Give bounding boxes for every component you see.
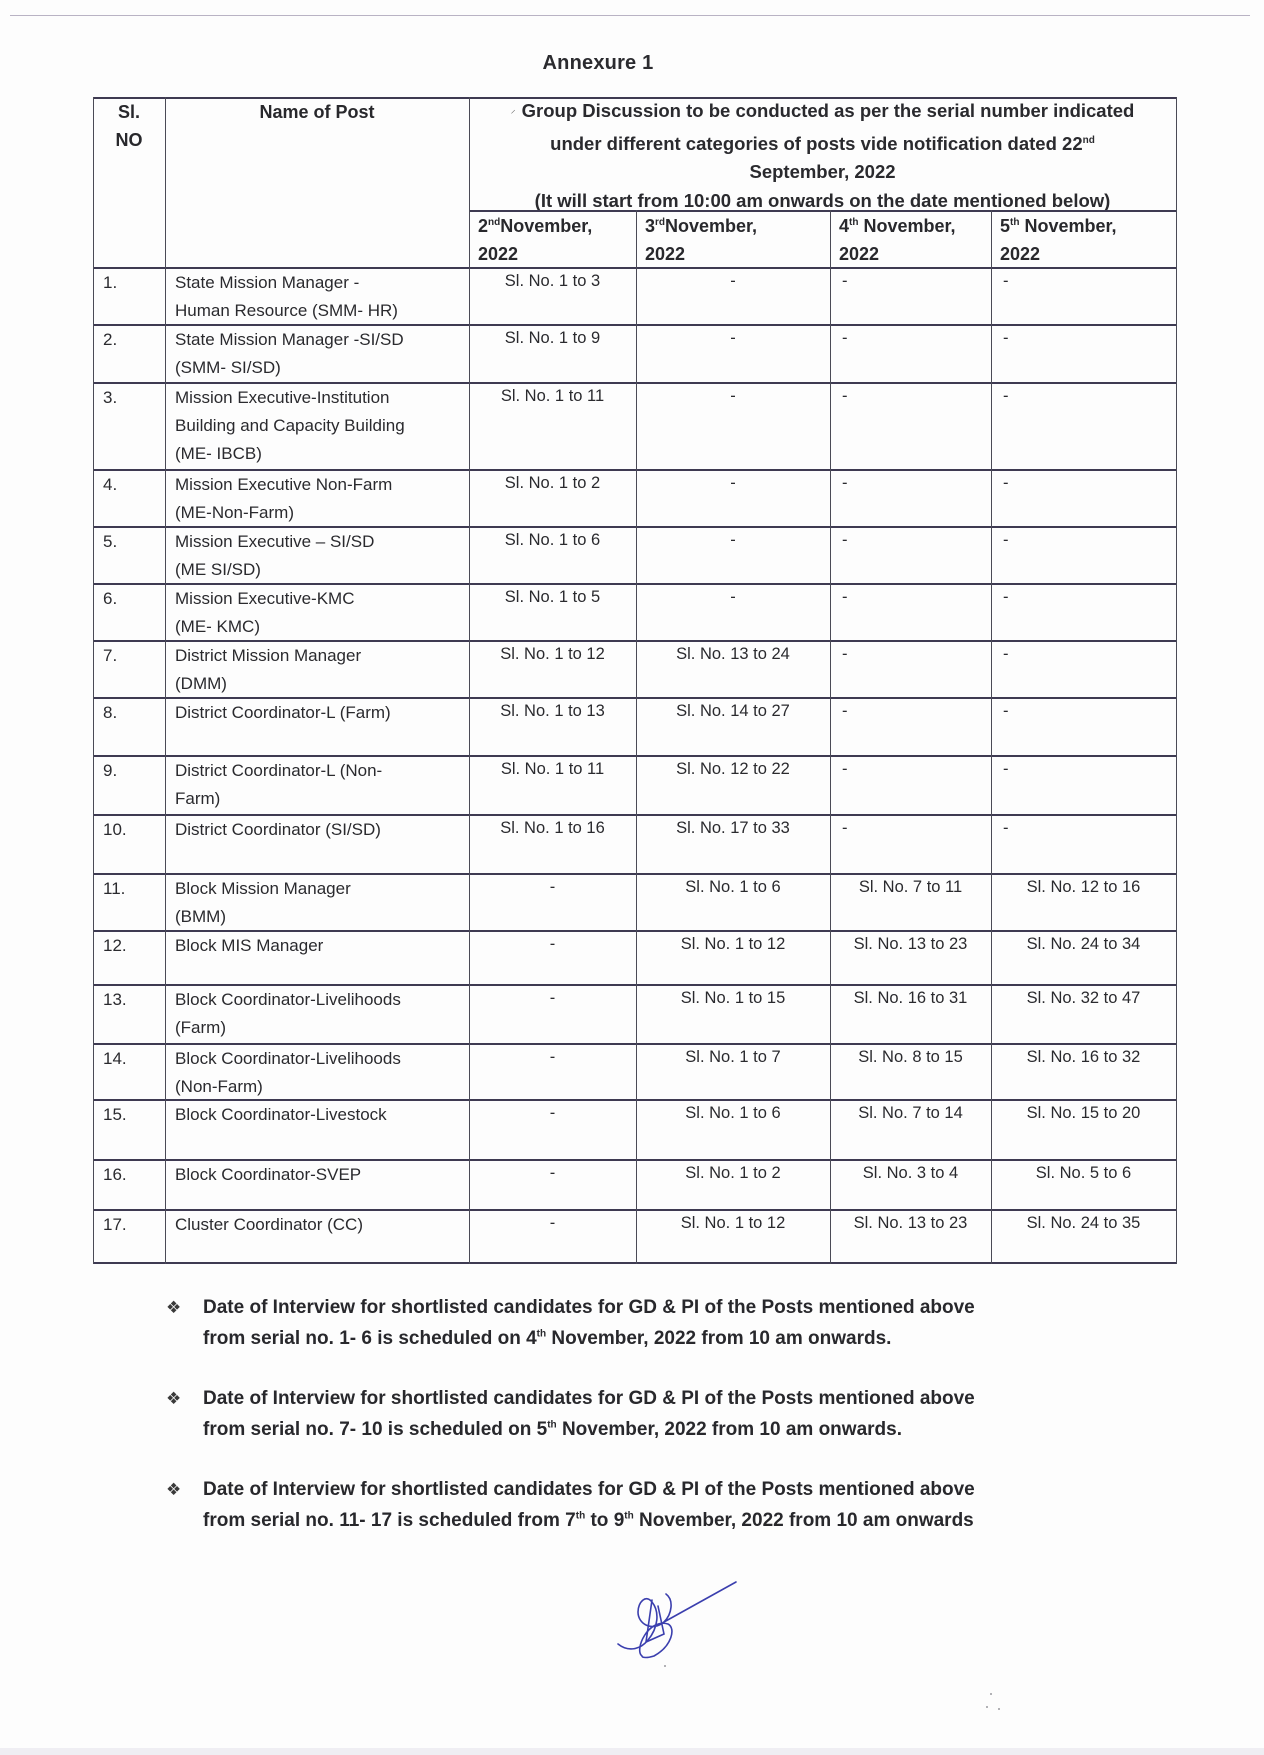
row-value-d5: -	[991, 583, 1176, 611]
header-date-year: 2022	[839, 240, 991, 268]
row-value-d2: Sl. No. 1 to 16	[469, 814, 636, 842]
row-sl-no: 4.	[93, 471, 165, 499]
row-value-d2: Sl. No. 1 to 3	[469, 267, 636, 295]
row-value-d4: -	[830, 755, 991, 783]
header-date-day: 4	[839, 216, 849, 236]
table-row-rule	[93, 984, 1177, 986]
note-line2: from serial no. 11- 17 is scheduled from…	[203, 1505, 1126, 1536]
row-post-name-line: Block Coordinator-Livelihoods	[175, 986, 465, 1014]
ordinal-suffix: th	[576, 1511, 585, 1522]
row-post-name: Block Coordinator-Livelihoods(Farm)	[165, 986, 469, 1042]
table-row-rule	[93, 324, 1177, 326]
row-value-d4: Sl. No. 7 to 11	[830, 873, 991, 901]
row-value-d2: -	[469, 930, 636, 958]
row-post-name-line: (DMM)	[175, 670, 465, 698]
scan-speck	[664, 1665, 666, 1667]
header-date-day: 3	[645, 216, 655, 236]
row-post-name: Block MIS Manager	[165, 932, 469, 960]
row-value-d4: -	[830, 697, 991, 725]
row-value-d4: Sl. No. 3 to 4	[830, 1159, 991, 1187]
note-text: from serial no. 7- 10 is scheduled on 5	[203, 1419, 547, 1440]
row-post-name: Mission Executive – SI/SD(ME SI/SD)	[165, 528, 469, 584]
row-post-name-line: Block Coordinator-Livelihoods	[175, 1045, 465, 1073]
note-item: ❖Date of Interview for shortlisted candi…	[166, 1292, 1126, 1354]
header-date-suffix: rd	[655, 217, 665, 228]
table-row-rule	[93, 267, 1177, 269]
header-date-month: November,	[1019, 216, 1116, 236]
note-text: November, 2022 from 10 am onwards.	[557, 1419, 902, 1440]
header-gd-line2: under different categories of posts vide…	[469, 130, 1176, 159]
table-row-rule	[93, 755, 1177, 757]
note-item: ❖Date of Interview for shortlisted candi…	[166, 1474, 1126, 1536]
row-post-name-line: (ME- KMC)	[175, 613, 465, 641]
row-value-d5: Sl. No. 32 to 47	[991, 984, 1176, 1012]
row-sl-no: 8.	[93, 699, 165, 727]
note-line1: Date of Interview for shortlisted candid…	[203, 1474, 1126, 1505]
row-sl-no: 17.	[93, 1211, 165, 1239]
row-value-d4: Sl. No. 13 to 23	[830, 930, 991, 958]
row-post-name: Mission Executive Non-Farm(ME-Non-Farm)	[165, 471, 469, 527]
header-date-line1: 2ndNovember,	[478, 212, 636, 240]
scan-edge-band	[0, 1748, 1264, 1755]
row-post-name-line: (Non-Farm)	[175, 1073, 465, 1101]
table-column-rule	[165, 97, 166, 1264]
table-row-rule	[93, 469, 1177, 471]
row-post-name-line: District Coordinator-L (Non-	[175, 757, 465, 785]
pen-mark-icon: ⸍	[511, 109, 516, 120]
table-row-rule	[93, 1159, 1177, 1161]
row-post-name-line: Mission Executive-Institution	[175, 384, 465, 412]
row-value-d2: -	[469, 873, 636, 901]
row-post-name-line: District Coordinator (SI/SD)	[175, 816, 465, 844]
ordinal-suffix: th	[537, 1329, 546, 1340]
table-column-rule	[830, 210, 831, 1264]
scan-speck	[998, 1708, 1000, 1710]
row-value-d5: Sl. No. 16 to 32	[991, 1043, 1176, 1071]
row-post-name-line: Block Coordinator-Livestock	[175, 1101, 465, 1129]
row-value-d2: -	[469, 1043, 636, 1071]
row-post-name-line: State Mission Manager -SI/SD	[175, 326, 465, 354]
row-value-d4: Sl. No. 8 to 15	[830, 1043, 991, 1071]
row-value-d2: Sl. No. 1 to 6	[469, 526, 636, 554]
row-post-name-line: Human Resource (SMM- HR)	[175, 297, 465, 325]
row-value-d2: -	[469, 1099, 636, 1127]
table-row-rule	[93, 873, 1177, 875]
row-value-d3: Sl. No. 13 to 24	[636, 640, 830, 668]
diamond-bullet-icon: ❖	[166, 1474, 181, 1505]
row-post-name: Cluster Coordinator (CC)	[165, 1211, 469, 1239]
row-value-d5: Sl. No. 12 to 16	[991, 873, 1176, 901]
row-value-d3: -	[636, 526, 830, 554]
row-value-d3: Sl. No. 1 to 2	[636, 1159, 830, 1187]
table-rule-date-header	[469, 210, 1177, 212]
page-title: Annexure 1	[0, 52, 1196, 75]
row-value-d5: -	[991, 755, 1176, 783]
row-sl-no: 3.	[93, 384, 165, 412]
header-date-year: 2022	[1000, 240, 1176, 268]
row-value-d5: Sl. No. 24 to 35	[991, 1209, 1176, 1237]
note-text: from serial no. 1- 6 is scheduled on 4	[203, 1328, 537, 1349]
row-value-d4: -	[830, 583, 991, 611]
header-sl-no-line2: NO	[93, 126, 165, 154]
scan-speck	[986, 1706, 988, 1708]
row-post-name-line: (ME SI/SD)	[175, 556, 465, 584]
row-value-d4: Sl. No. 7 to 14	[830, 1099, 991, 1127]
row-post-name: District Coordinator (SI/SD)	[165, 816, 469, 844]
row-value-d3: -	[636, 324, 830, 352]
row-sl-no: 10.	[93, 816, 165, 844]
row-value-d5: Sl. No. 15 to 20	[991, 1099, 1176, 1127]
header-gd-line3: September, 2022	[469, 158, 1176, 187]
header-post-name: Name of Post	[165, 98, 469, 126]
row-post-name-line: Block Mission Manager	[175, 875, 465, 903]
row-value-d3: Sl. No. 1 to 6	[636, 1099, 830, 1127]
row-value-d3: Sl. No. 1 to 12	[636, 930, 830, 958]
header-date-year: 2022	[478, 240, 636, 268]
row-value-d2: -	[469, 1159, 636, 1187]
row-value-d3: Sl. No. 1 to 7	[636, 1043, 830, 1071]
row-post-name: State Mission Manager -Human Resource (S…	[165, 269, 469, 325]
note-line2: from serial no. 7- 10 is scheduled on 5t…	[203, 1414, 1126, 1445]
header-gd-line1: ⸍Group Discussion to be conducted as per…	[469, 97, 1176, 130]
note-line1: Date of Interview for shortlisted candid…	[203, 1383, 1126, 1414]
row-post-name-line: Block Coordinator-SVEP	[175, 1161, 465, 1189]
diamond-bullet-icon: ❖	[166, 1383, 181, 1414]
diamond-bullet-icon: ❖	[166, 1292, 181, 1323]
row-value-d3: Sl. No. 1 to 15	[636, 984, 830, 1012]
row-post-name-line: Farm)	[175, 785, 465, 813]
header-date-1: 2ndNovember,2022	[469, 212, 636, 268]
row-value-d3: -	[636, 382, 830, 410]
row-post-name: Mission Executive-KMC(ME- KMC)	[165, 585, 469, 641]
row-value-d5: Sl. No. 24 to 34	[991, 930, 1176, 958]
row-value-d5: -	[991, 324, 1176, 352]
table-row-rule	[93, 697, 1177, 699]
row-value-d4: Sl. No. 16 to 31	[830, 984, 991, 1012]
row-sl-no: 9.	[93, 757, 165, 785]
header-date-month: November,	[858, 216, 955, 236]
row-sl-no: 1.	[93, 269, 165, 297]
row-value-d3: -	[636, 583, 830, 611]
ordinal-suffix: th	[624, 1511, 633, 1522]
header-sl-no-line1: Sl.	[93, 98, 165, 126]
row-value-d5: -	[991, 814, 1176, 842]
header-gd-schedule: ⸍Group Discussion to be conducted as per…	[469, 97, 1176, 215]
row-value-d2: Sl. No. 1 to 2	[469, 469, 636, 497]
row-value-d5: -	[991, 526, 1176, 554]
row-value-d3: -	[636, 267, 830, 295]
row-post-name-line: (ME-Non-Farm)	[175, 499, 465, 527]
row-post-name-line: (ME- IBCB)	[175, 440, 465, 468]
table-column-rule	[1176, 97, 1177, 1264]
header-date-day: 2	[478, 216, 488, 236]
row-post-name-line: Cluster Coordinator (CC)	[175, 1211, 465, 1239]
row-post-name-line: Mission Executive-KMC	[175, 585, 465, 613]
row-sl-no: 5.	[93, 528, 165, 556]
row-value-d3: Sl. No. 17 to 33	[636, 814, 830, 842]
header-date-suffix: nd	[488, 217, 500, 228]
header-date-line1: 5th November,	[1000, 212, 1176, 240]
row-sl-no: 7.	[93, 642, 165, 670]
table-row-rule	[93, 1209, 1177, 1211]
table-row-rule	[93, 382, 1177, 384]
row-post-name-line: District Coordinator-L (Farm)	[175, 699, 465, 727]
row-post-name-line: (SMM- SI/SD)	[175, 354, 465, 382]
row-sl-no: 6.	[93, 585, 165, 613]
row-post-name: District Mission Manager(DMM)	[165, 642, 469, 698]
table-border-top	[93, 97, 1177, 99]
row-value-d2: -	[469, 984, 636, 1012]
table-row-rule	[93, 1043, 1177, 1045]
row-post-name-line: Mission Executive – SI/SD	[175, 528, 465, 556]
row-value-d3: Sl. No. 12 to 22	[636, 755, 830, 783]
table-column-rule	[636, 210, 637, 1264]
header-date-month: November,	[665, 216, 757, 236]
row-value-d2: -	[469, 1209, 636, 1237]
header-sl-no: Sl. NO	[93, 98, 165, 154]
row-value-d2: Sl. No. 1 to 11	[469, 755, 636, 783]
row-sl-no: 13.	[93, 986, 165, 1014]
row-post-name-line: Mission Executive Non-Farm	[175, 471, 465, 499]
scan-speck	[990, 1693, 992, 1695]
row-value-d4: -	[830, 640, 991, 668]
row-value-d5: -	[991, 469, 1176, 497]
table-row-rule	[93, 1099, 1177, 1101]
header-date-line1: 4th November,	[839, 212, 991, 240]
table-column-rule	[93, 97, 94, 1264]
row-value-d3: -	[636, 469, 830, 497]
row-value-d4: -	[830, 382, 991, 410]
header-date-4: 5th November,2022	[991, 212, 1176, 268]
row-post-name-line: (BMM)	[175, 903, 465, 931]
table-row-rule	[93, 814, 1177, 816]
row-value-d2: Sl. No. 1 to 12	[469, 640, 636, 668]
header-date-3: 4th November,2022	[830, 212, 991, 268]
note-text: November, 2022 from 10 am onwards	[634, 1510, 974, 1531]
header-date-year: 2022	[645, 240, 830, 268]
row-value-d2: Sl. No. 1 to 9	[469, 324, 636, 352]
row-sl-no: 15.	[93, 1101, 165, 1129]
table-row-rule	[93, 526, 1177, 528]
row-value-d5: Sl. No. 5 to 6	[991, 1159, 1176, 1187]
table-column-rule	[469, 97, 470, 1264]
table-column-rule	[991, 210, 992, 1264]
row-post-name-line: State Mission Manager -	[175, 269, 465, 297]
note-item: ❖Date of Interview for shortlisted candi…	[166, 1383, 1126, 1445]
signature-icon	[612, 1572, 740, 1660]
row-value-d5: -	[991, 267, 1176, 295]
table-border-bottom	[93, 1262, 1177, 1264]
interview-notes: ❖Date of Interview for shortlisted candi…	[166, 1292, 1126, 1565]
row-sl-no: 14.	[93, 1045, 165, 1073]
row-post-name-line: Building and Capacity Building	[175, 412, 465, 440]
row-post-name: District Coordinator-L (Non-Farm)	[165, 757, 469, 813]
table-row-rule	[93, 930, 1177, 932]
row-value-d3: Sl. No. 14 to 27	[636, 697, 830, 725]
row-value-d3: Sl. No. 1 to 6	[636, 873, 830, 901]
row-sl-no: 11.	[93, 875, 165, 903]
row-value-d2: Sl. No. 1 to 5	[469, 583, 636, 611]
row-post-name: Block Mission Manager(BMM)	[165, 875, 469, 931]
row-post-name: Mission Executive-InstitutionBuilding an…	[165, 384, 469, 468]
row-post-name-line: District Mission Manager	[175, 642, 465, 670]
ordinal-suffix: th	[547, 1420, 556, 1431]
header-date-2: 3rdNovember,2022	[636, 212, 830, 268]
header-date-month: November,	[500, 216, 592, 236]
note-text: to 9	[585, 1510, 624, 1531]
scan-edge-line	[10, 15, 1250, 16]
table-row-rule	[93, 640, 1177, 642]
row-value-d5: -	[991, 640, 1176, 668]
row-sl-no: 12.	[93, 932, 165, 960]
row-sl-no: 16.	[93, 1161, 165, 1189]
note-line2: from serial no. 1- 6 is scheduled on 4th…	[203, 1323, 1126, 1354]
row-value-d2: Sl. No. 1 to 13	[469, 697, 636, 725]
row-value-d4: -	[830, 814, 991, 842]
row-value-d4: Sl. No. 13 to 23	[830, 1209, 991, 1237]
note-text: from serial no. 11- 17 is scheduled from…	[203, 1510, 576, 1531]
row-value-d4: -	[830, 324, 991, 352]
row-value-d5: -	[991, 382, 1176, 410]
row-post-name-line: (Farm)	[175, 1014, 465, 1042]
header-date-line1: 3rdNovember,	[645, 212, 830, 240]
row-post-name-line: Block MIS Manager	[175, 932, 465, 960]
row-sl-no: 2.	[93, 326, 165, 354]
row-post-name: District Coordinator-L (Farm)	[165, 699, 469, 727]
row-value-d2: Sl. No. 1 to 11	[469, 382, 636, 410]
row-post-name: State Mission Manager -SI/SD(SMM- SI/SD)	[165, 326, 469, 382]
note-text: November, 2022 from 10 am onwards.	[546, 1328, 891, 1349]
row-value-d4: -	[830, 267, 991, 295]
header-date-day: 5	[1000, 216, 1010, 236]
note-line1: Date of Interview for shortlisted candid…	[203, 1292, 1126, 1323]
table-row-rule	[93, 583, 1177, 585]
row-value-d4: -	[830, 526, 991, 554]
row-value-d3: Sl. No. 1 to 12	[636, 1209, 830, 1237]
row-value-d4: -	[830, 469, 991, 497]
row-post-name: Block Coordinator-SVEP	[165, 1161, 469, 1189]
row-post-name: Block Coordinator-Livestock	[165, 1101, 469, 1129]
row-post-name: Block Coordinator-Livelihoods(Non-Farm)	[165, 1045, 469, 1101]
row-value-d5: -	[991, 697, 1176, 725]
